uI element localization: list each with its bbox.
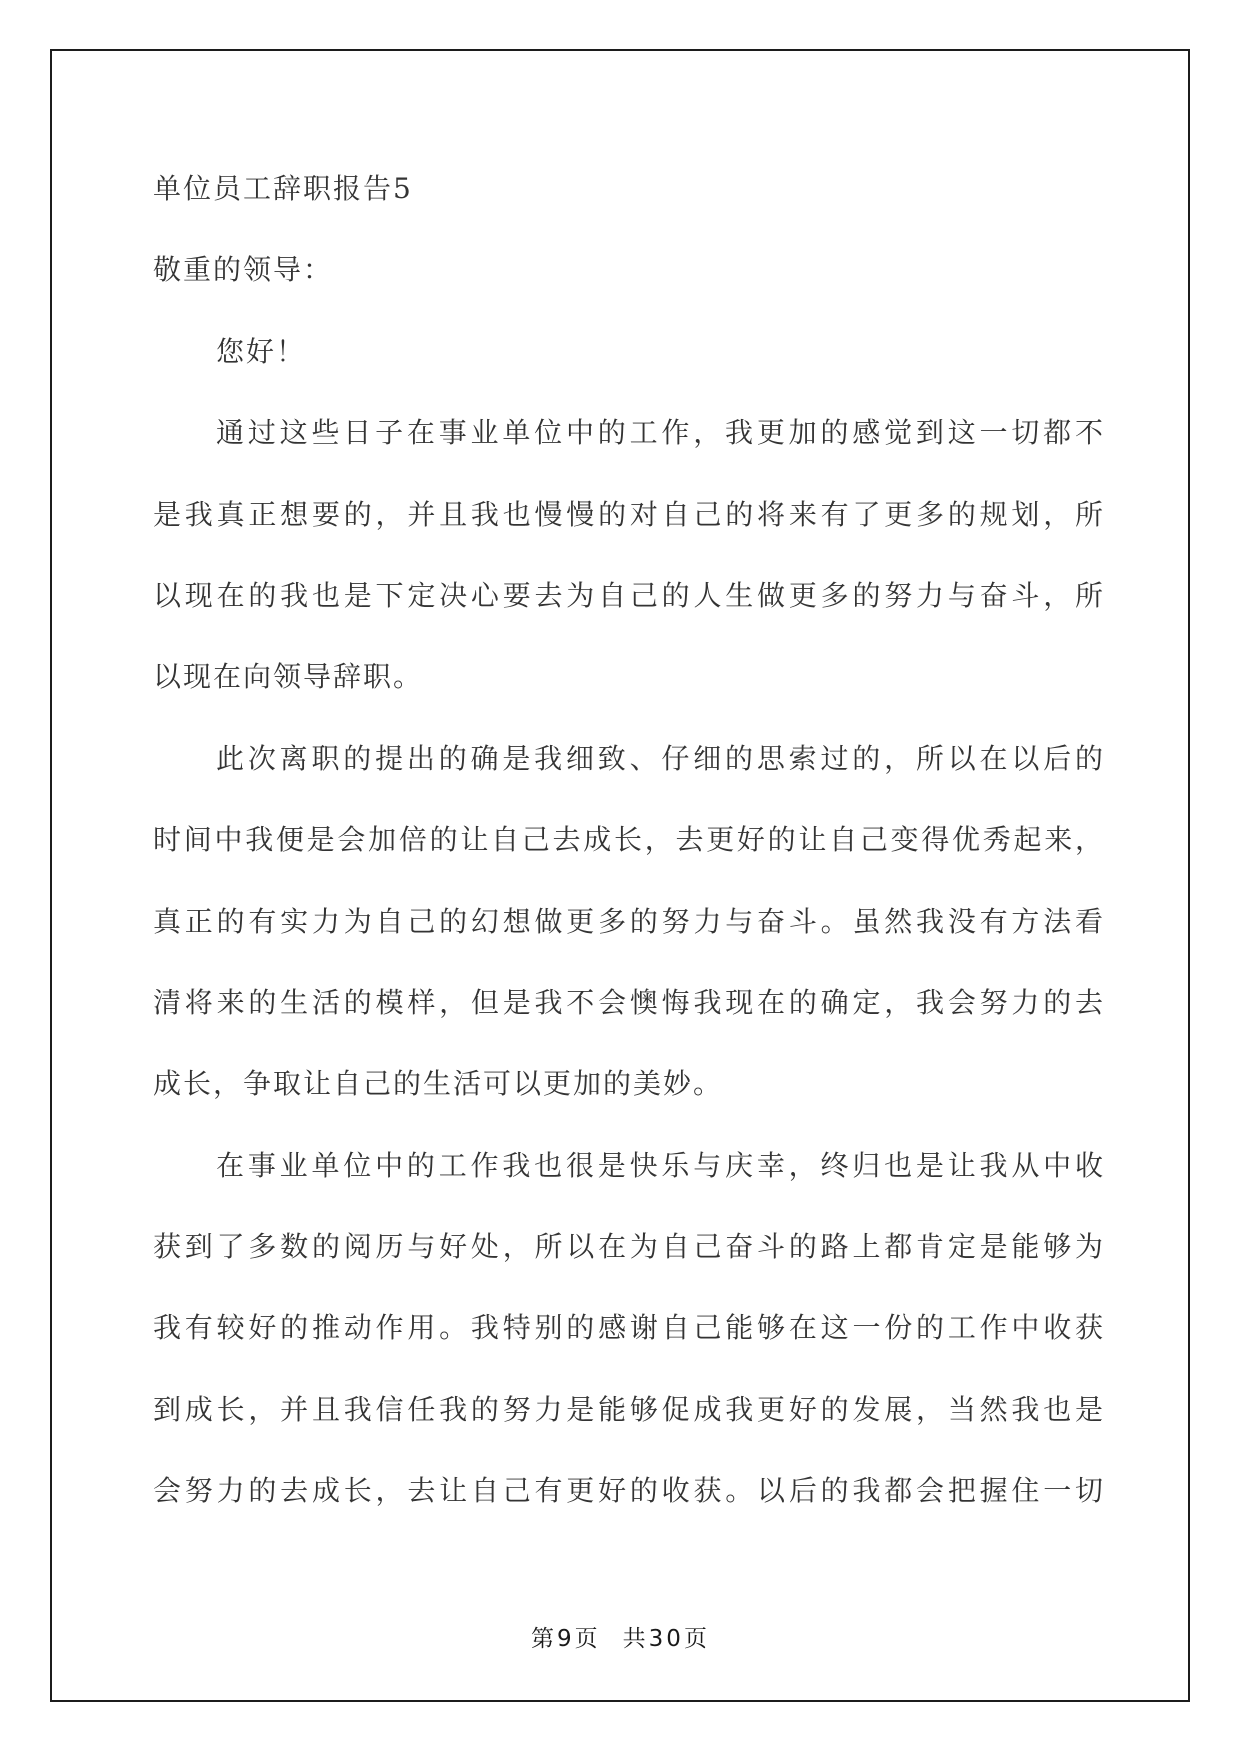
body-line-12: 我有较好的推动作用。我特别的感谢自己能够在这一份的工作中收获 (153, 1309, 1105, 1390)
page-number-label: 第9页 (531, 1620, 601, 1653)
document-page: 单位员工辞职报告5敬重的领导：您好！通过这些日子在事业单位中的工作，我更加的感觉… (0, 0, 1241, 1754)
body-line-11: 获到了多数的阅历与好处，所以在为自己奋斗的路上都肯定是能够为 (153, 1228, 1105, 1309)
document-body: 单位员工辞职报告5敬重的领导：您好！通过这些日子在事业单位中的工作，我更加的感觉… (153, 170, 1105, 1554)
body-line-7: 真正的有实力为自己的幻想做更多的努力与奋斗。虽然我没有方法看 (153, 903, 1105, 984)
greeting-line: 您好！ (153, 333, 1105, 414)
body-line-10: 在事业单位中的工作我也很是快乐与庆幸，终归也是让我从中收 (153, 1147, 1105, 1228)
body-line-1: 通过这些日子在事业单位中的工作，我更加的感觉到这一切都不 (153, 414, 1105, 495)
body-line-3: 以现在的我也是下定决心要去为自己的人生做更多的努力与奋斗，所 (153, 577, 1105, 658)
body-line-6: 时间中我便是会加倍的让自己去成长，去更好的让自己变得优秀起来， (153, 821, 1105, 902)
body-line-4: 以现在向领导辞职。 (153, 658, 1105, 739)
body-line-13: 到成长，并且我信任我的努力是能够促成我更好的发展，当然我也是 (153, 1391, 1105, 1472)
body-line-14: 会努力的去成长，去让自己有更好的收获。以后的我都会把握住一切 (153, 1472, 1105, 1553)
salutation-line: 敬重的领导： (153, 251, 1105, 332)
body-line-8: 清将来的生活的模样，但是我不会懊悔我现在的确定，我会努力的去 (153, 984, 1105, 1065)
page-total-label: 共30页 (623, 1620, 710, 1653)
body-line-9: 成长，争取让自己的生活可以更加的美妙。 (153, 1065, 1105, 1146)
body-line-5: 此次离职的提出的确是我细致、仔细的思索过的，所以在以后的 (153, 740, 1105, 821)
page-footer: 第9页 共30页 (0, 1620, 1241, 1653)
doc-title: 单位员工辞职报告5 (153, 170, 1105, 251)
body-line-2: 是我真正想要的，并且我也慢慢的对自己的将来有了更多的规划，所 (153, 496, 1105, 577)
